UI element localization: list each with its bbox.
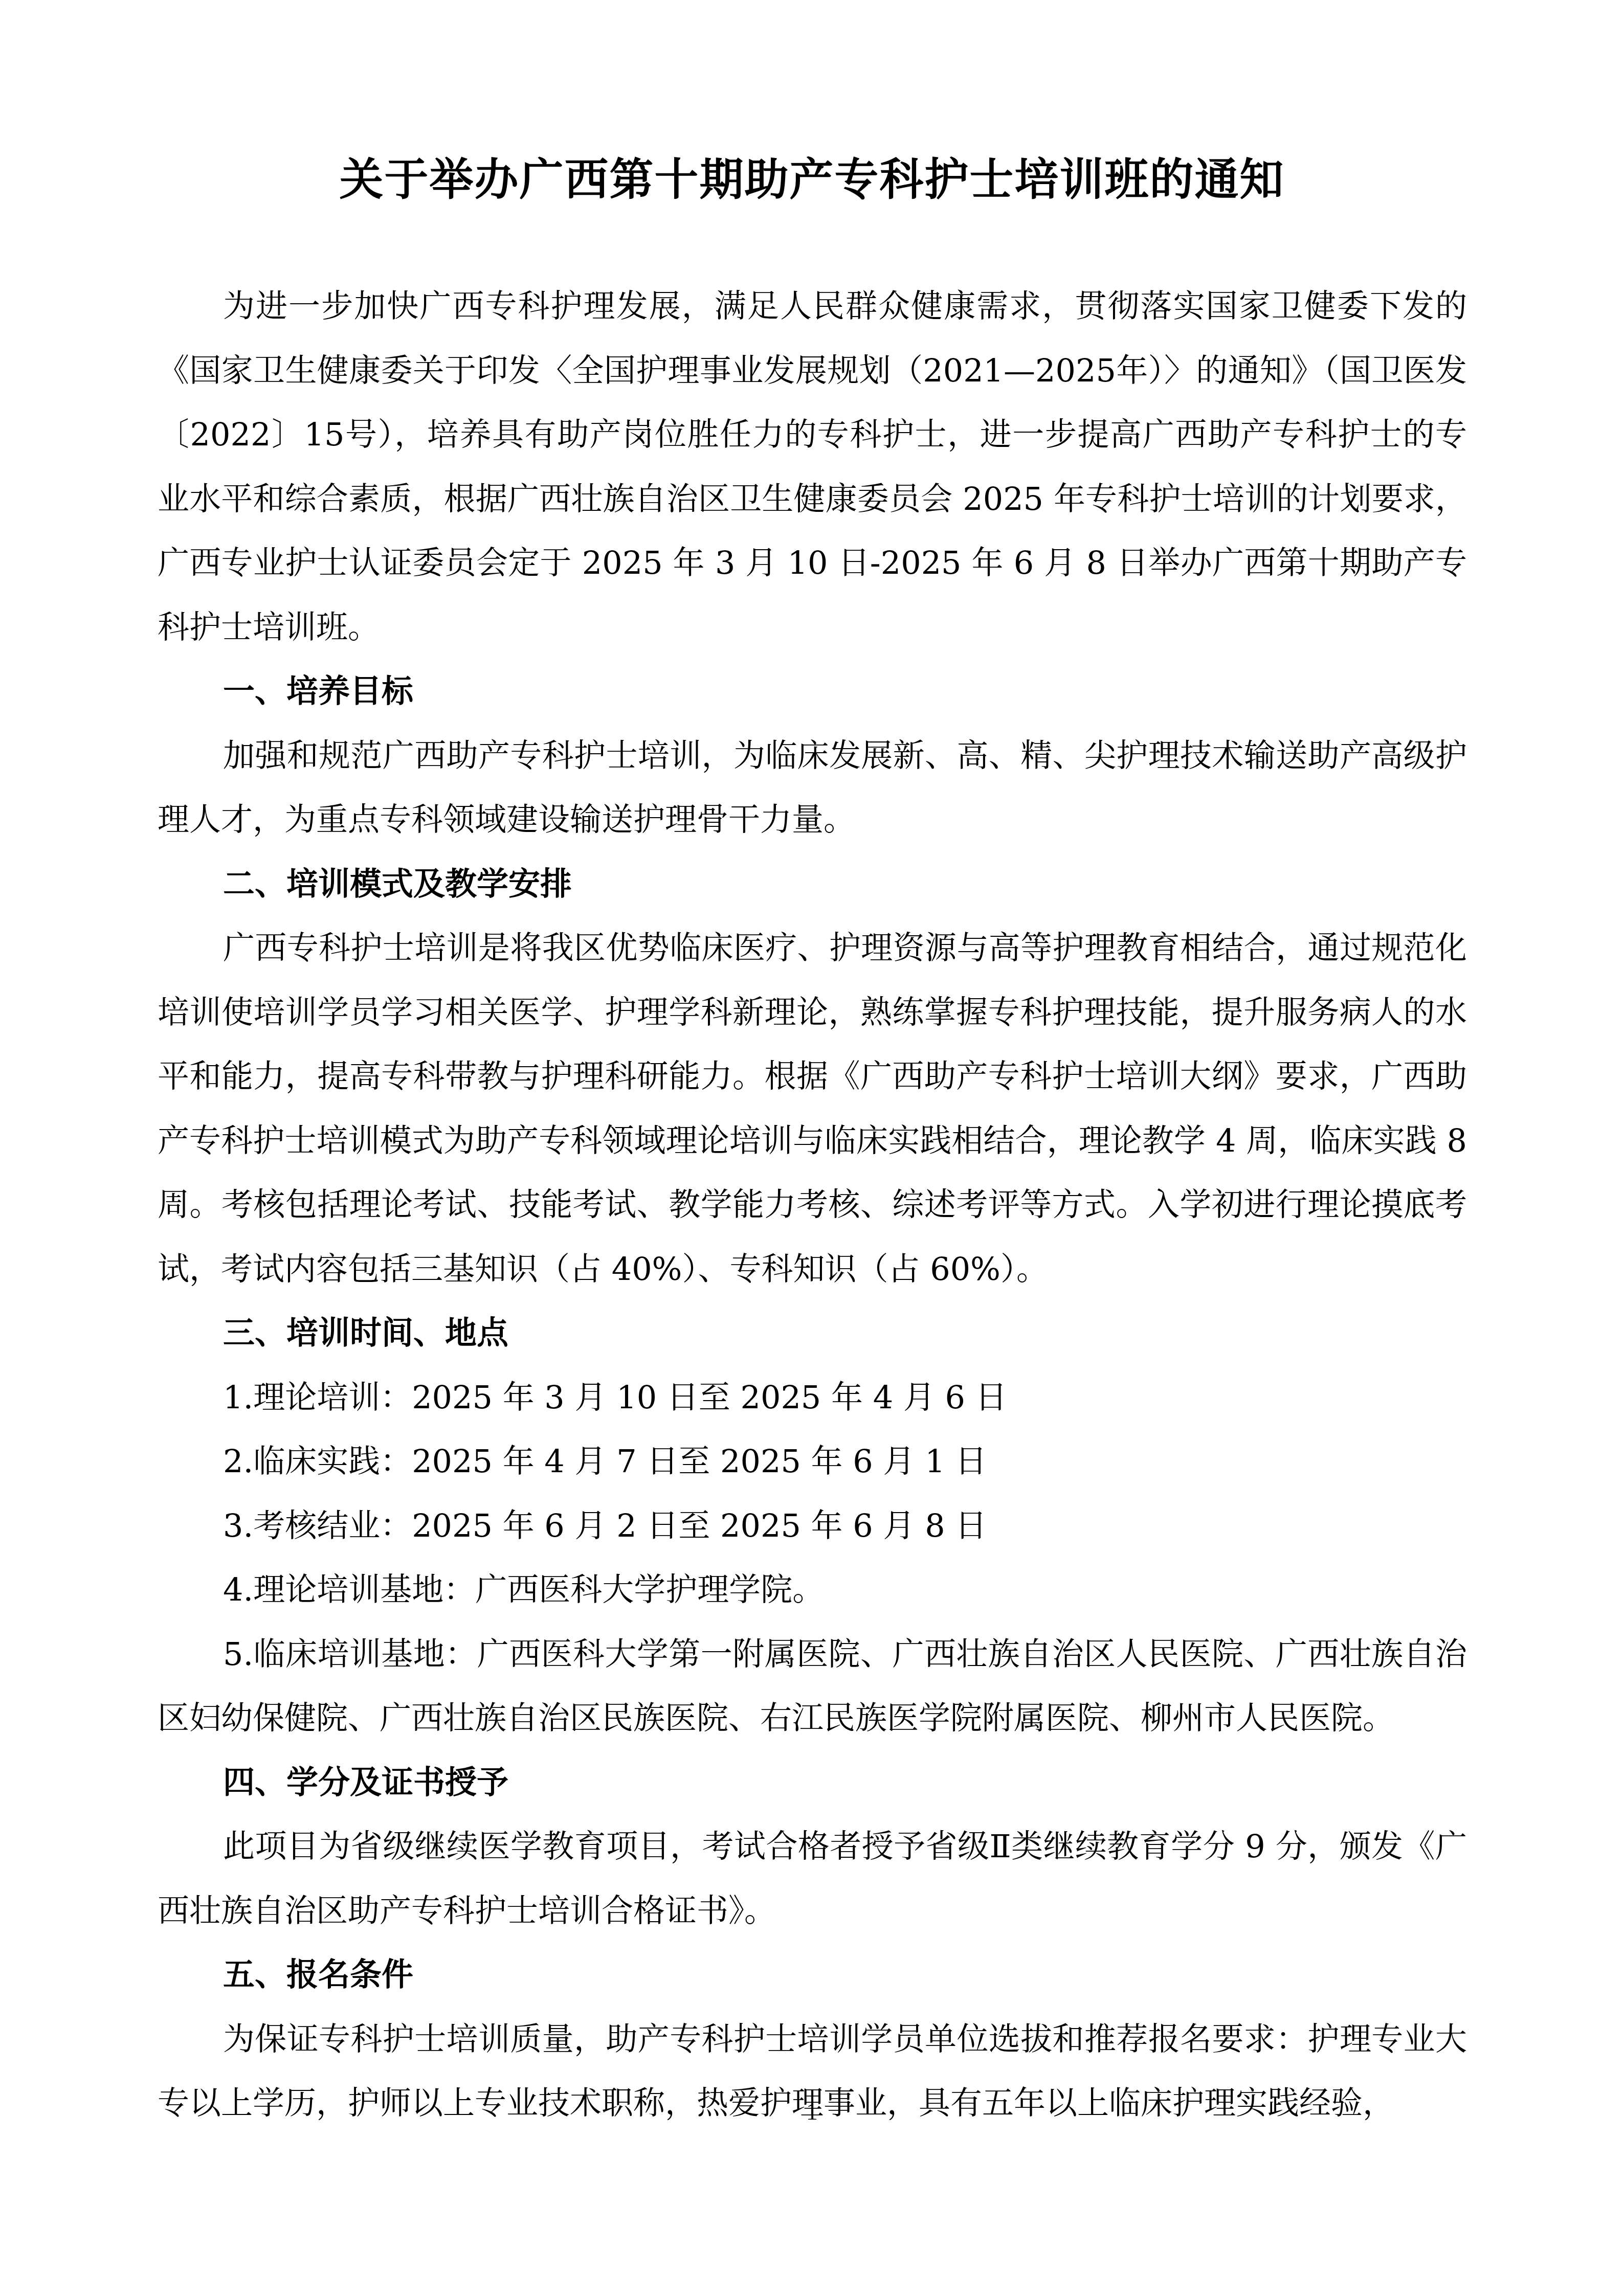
section-heading-credits-certificate: 四、学分及证书授予 [158, 1750, 1467, 1815]
page-number: 1 [0, 2097, 1624, 2127]
list-item-theory-training: 1.理论培训：2025 年 3 月 10 日至 2025 年 4 月 6 日 [158, 1365, 1467, 1430]
section-heading-training-mode: 二、培训模式及教学安排 [158, 852, 1467, 916]
list-item-clinical-practice: 2.临床实践：2025 年 4 月 7 日至 2025 年 6 月 1 日 [158, 1429, 1467, 1494]
section-heading-time-location: 三、培训时间、地点 [158, 1301, 1467, 1365]
section-heading-eligibility: 五、报名条件 [158, 1943, 1467, 2007]
list-item-theory-base: 4.理论培训基地：广西医科大学护理学院。 [158, 1558, 1467, 1622]
section-heading-training-goals: 一、培养目标 [158, 659, 1467, 724]
list-item-assessment: 3.考核结业：2025 年 6 月 2 日至 2025 年 6 月 8 日 [158, 1494, 1467, 1558]
document-body: 为进一步加快广西专科护理发展，满足人民群众健康需求，贯彻落实国家卫健委下发的《国… [158, 274, 1467, 2135]
section-paragraph: 加强和规范广西助产专科护士培训，为临床发展新、高、精、尖护理技术输送助产高级护理… [158, 724, 1467, 852]
intro-paragraph: 为进一步加快广西专科护理发展，满足人民群众健康需求，贯彻落实国家卫健委下发的《国… [158, 274, 1467, 659]
document-title: 关于举办广西第十期助产专科护士培训班的通知 [0, 149, 1624, 211]
section-paragraph: 广西专科护士培训是将我区优势临床医疗、护理资源与高等护理教育相结合，通过规范化培… [158, 916, 1467, 1301]
document-page: 关于举办广西第十期助产专科护士培训班的通知 为进一步加快广西专科护理发展，满足人… [0, 0, 1624, 2296]
list-item-clinical-base: 5.临床培训基地：广西医科大学第一附属医院、广西壮族自治区人民医院、广西壮族自治… [158, 1622, 1467, 1750]
section-paragraph: 此项目为省级继续医学教育项目，考试合格者授予省级Ⅱ类继续教育学分 9 分，颁发《… [158, 1814, 1467, 1943]
